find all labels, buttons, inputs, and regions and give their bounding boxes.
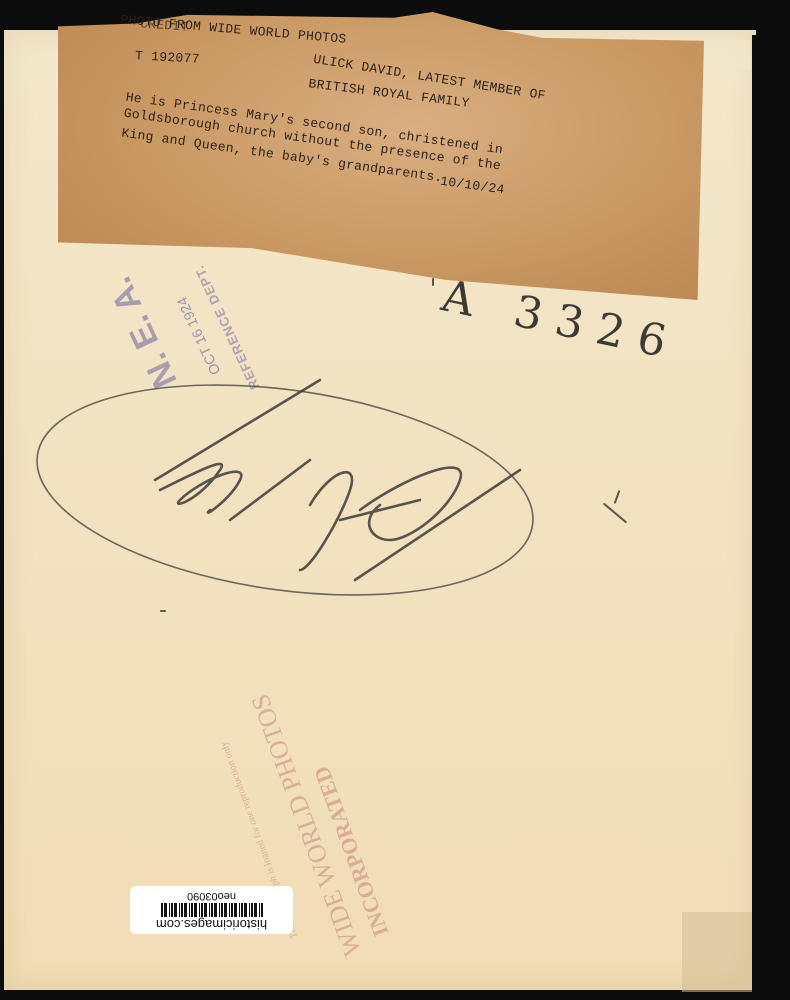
- barcode-icon: [160, 903, 263, 917]
- barcode-site: historicimages.com: [130, 917, 293, 932]
- corner-paper-patch: [682, 912, 752, 992]
- pencil-tick-mark: [432, 278, 434, 286]
- barcode-code: neo03090: [130, 890, 293, 902]
- barcode-sticker: historicimages.com neo03090: [130, 886, 293, 934]
- pencil-tick-mark: [160, 610, 166, 612]
